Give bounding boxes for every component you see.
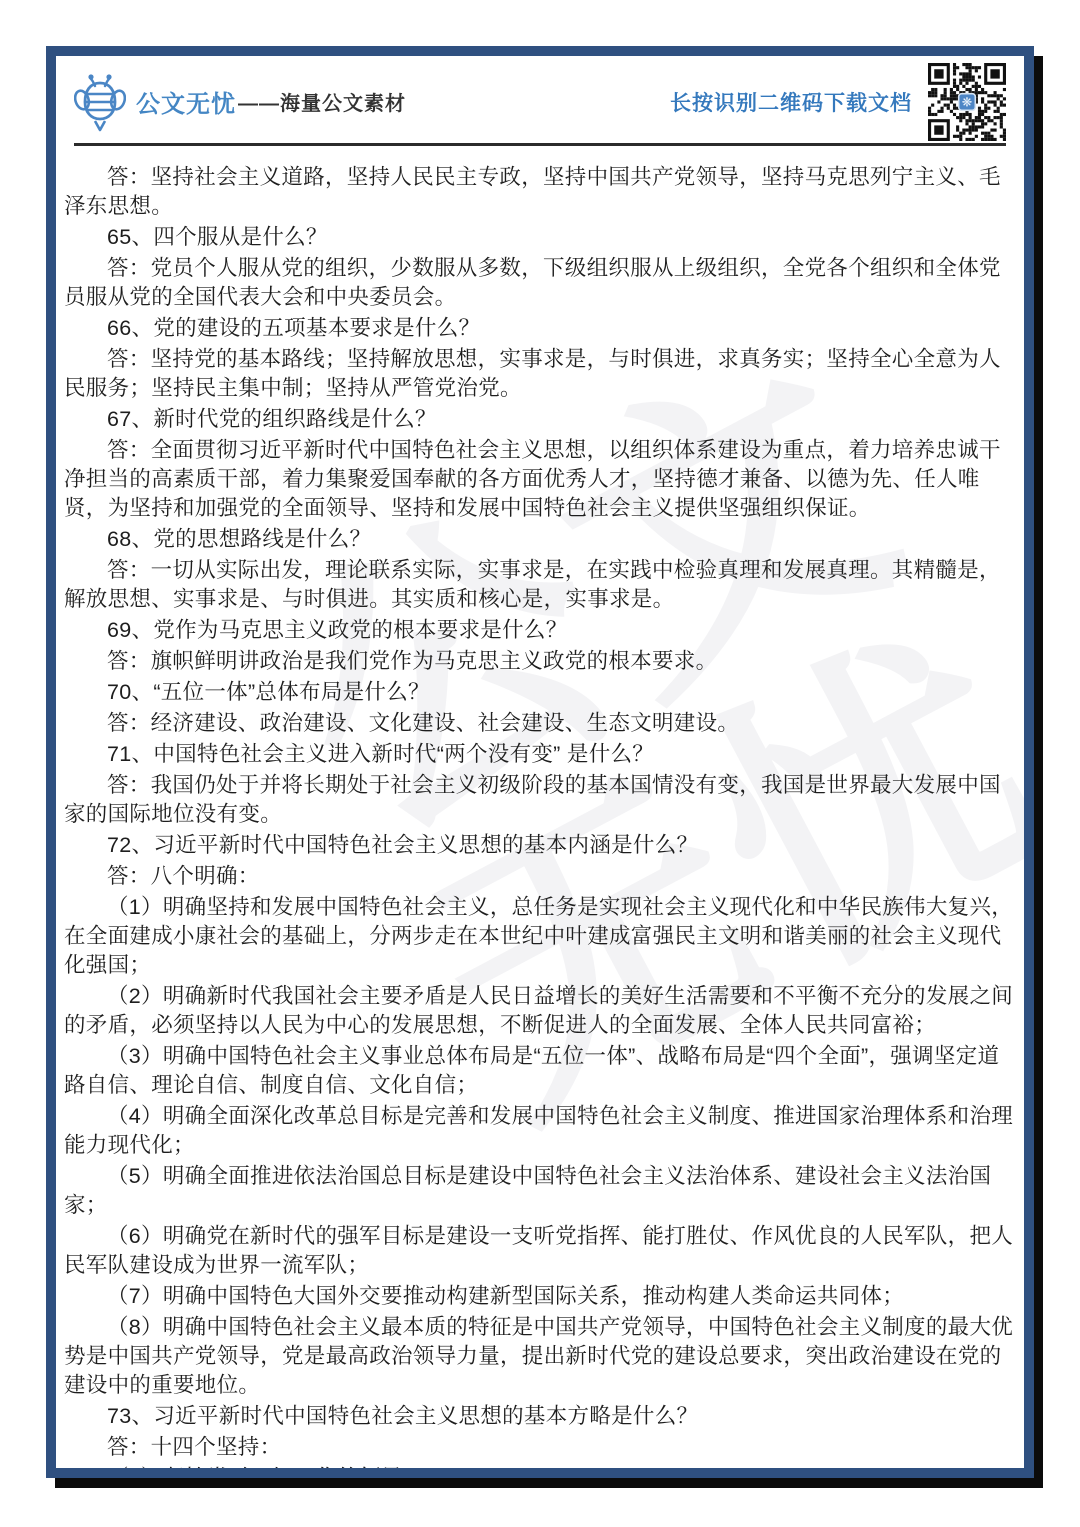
- paragraph: （1）明确坚持和发展中国特色社会主义，总任务是实现社会主义现代化和中华民族伟大复…: [64, 893, 1016, 980]
- paragraph: 73、习近平新时代中国特色社会主义思想的基本方略是什么？: [64, 1402, 1016, 1431]
- paragraph: 69、党作为马克思主义政党的根本要求是什么？: [64, 616, 1016, 645]
- paragraph: 65、四个服从是什么？: [64, 223, 1016, 252]
- brand-group: 公文无忧 ——海量公文素材: [74, 72, 406, 132]
- paragraph: 72、习近平新时代中国特色社会主义思想的基本内涵是什么？: [64, 831, 1016, 860]
- paragraph: （2）明确新时代我国社会主要矛盾是人民日益增长的美好生活需要和不平衡不充分的发展…: [64, 982, 1016, 1040]
- paragraph: （6）明确党在新时代的强军目标是建设一支听党指挥、能打胜仗、作风优良的人民军队，…: [64, 1222, 1016, 1280]
- paragraph: 答：八个明确：: [64, 862, 1016, 891]
- paragraph: 71、中国特色社会主义进入新时代“两个没有变” 是什么？: [64, 740, 1016, 769]
- paragraph: 答：一切从实际出发，理论联系实际，实事求是，在实践中检验真理和发展真理。其精髓是…: [64, 556, 1016, 614]
- brand-name: 公文无忧: [136, 84, 236, 119]
- paragraph: 答：坚持党的基本路线；坚持解放思想，实事求是，与时俱进，求真务实；坚持全心全意为…: [64, 345, 1016, 403]
- qr-code[interactable]: ❋: [928, 63, 1006, 141]
- paragraph: 答：十四个坚持：: [64, 1433, 1016, 1462]
- page: { "header": { "brand": "公文无忧", "brand_su…: [0, 0, 1080, 1527]
- page-header: 公文无忧 ——海量公文素材 长按识别二维码下载文档 ❋: [74, 56, 1006, 146]
- paragraph: 70、“五位一体”总体布局是什么？: [64, 678, 1016, 707]
- qr-download-hint: 长按识别二维码下载文档: [670, 87, 912, 117]
- paragraph: 答：经济建设、政治建设、文化建设、社会建设、生态文明建设。: [64, 709, 1016, 738]
- svg-text:❋: ❋: [962, 95, 972, 109]
- paragraph: （1）坚持党对一切工作的领导；: [64, 1464, 1016, 1478]
- paragraph: （8）明确中国特色社会主义最本质的特征是中国共产党领导，中国特色社会主义制度的最…: [64, 1313, 1016, 1400]
- paragraph: 66、党的建设的五项基本要求是什么？: [64, 314, 1016, 343]
- paragraph: 答：坚持社会主义道路，坚持人民民主专政，坚持中国共产党领导，坚持马克思列宁主义、…: [64, 163, 1016, 221]
- document-page-frame: 公文无忧 公文无忧 ——海量公文素材 长按识别二维码下载文档 ❋: [46, 46, 1034, 1478]
- bee-logo-icon: [74, 72, 126, 132]
- paragraph: 答：全面贯彻习近平新时代中国特色社会主义思想，以组织体系建设为重点，着力培养忠诚…: [64, 436, 1016, 523]
- paragraph: 答：旗帜鲜明讲政治是我们党作为马克思主义政党的根本要求。: [64, 647, 1016, 676]
- document-body: 答：坚持社会主义道路，坚持人民民主专政，坚持中国共产党领导，坚持马克思列宁主义、…: [56, 146, 1024, 1478]
- paragraph: （3）明确中国特色社会主义事业总体布局是“五位一体”、战略布局是“四个全面”，强…: [64, 1042, 1016, 1100]
- paragraph: 67、新时代党的组织路线是什么？: [64, 405, 1016, 434]
- paragraph: （5）明确全面推进依法治国总目标是建设中国特色社会主义法治体系、建设社会主义法治…: [64, 1162, 1016, 1220]
- brand-tagline: ——海量公文素材: [238, 87, 406, 116]
- paragraph: （4）明确全面深化改革总目标是完善和发展中国特色社会主义制度、推进国家治理体系和…: [64, 1102, 1016, 1160]
- header-right: 长按识别二维码下载文档 ❋: [670, 63, 1006, 141]
- paragraph: 答：党员个人服从党的组织，少数服从多数，下级组织服从上级组织，全党各个组织和全体…: [64, 254, 1016, 312]
- paragraph: （7）明确中国特色大国外交要推动构建新型国际关系，推动构建人类命运共同体；: [64, 1282, 1016, 1311]
- paragraph: 68、党的思想路线是什么？: [64, 525, 1016, 554]
- paragraph: 答：我国仍处于并将长期处于社会主义初级阶段的基本国情没有变，我国是世界最大发展中…: [64, 771, 1016, 829]
